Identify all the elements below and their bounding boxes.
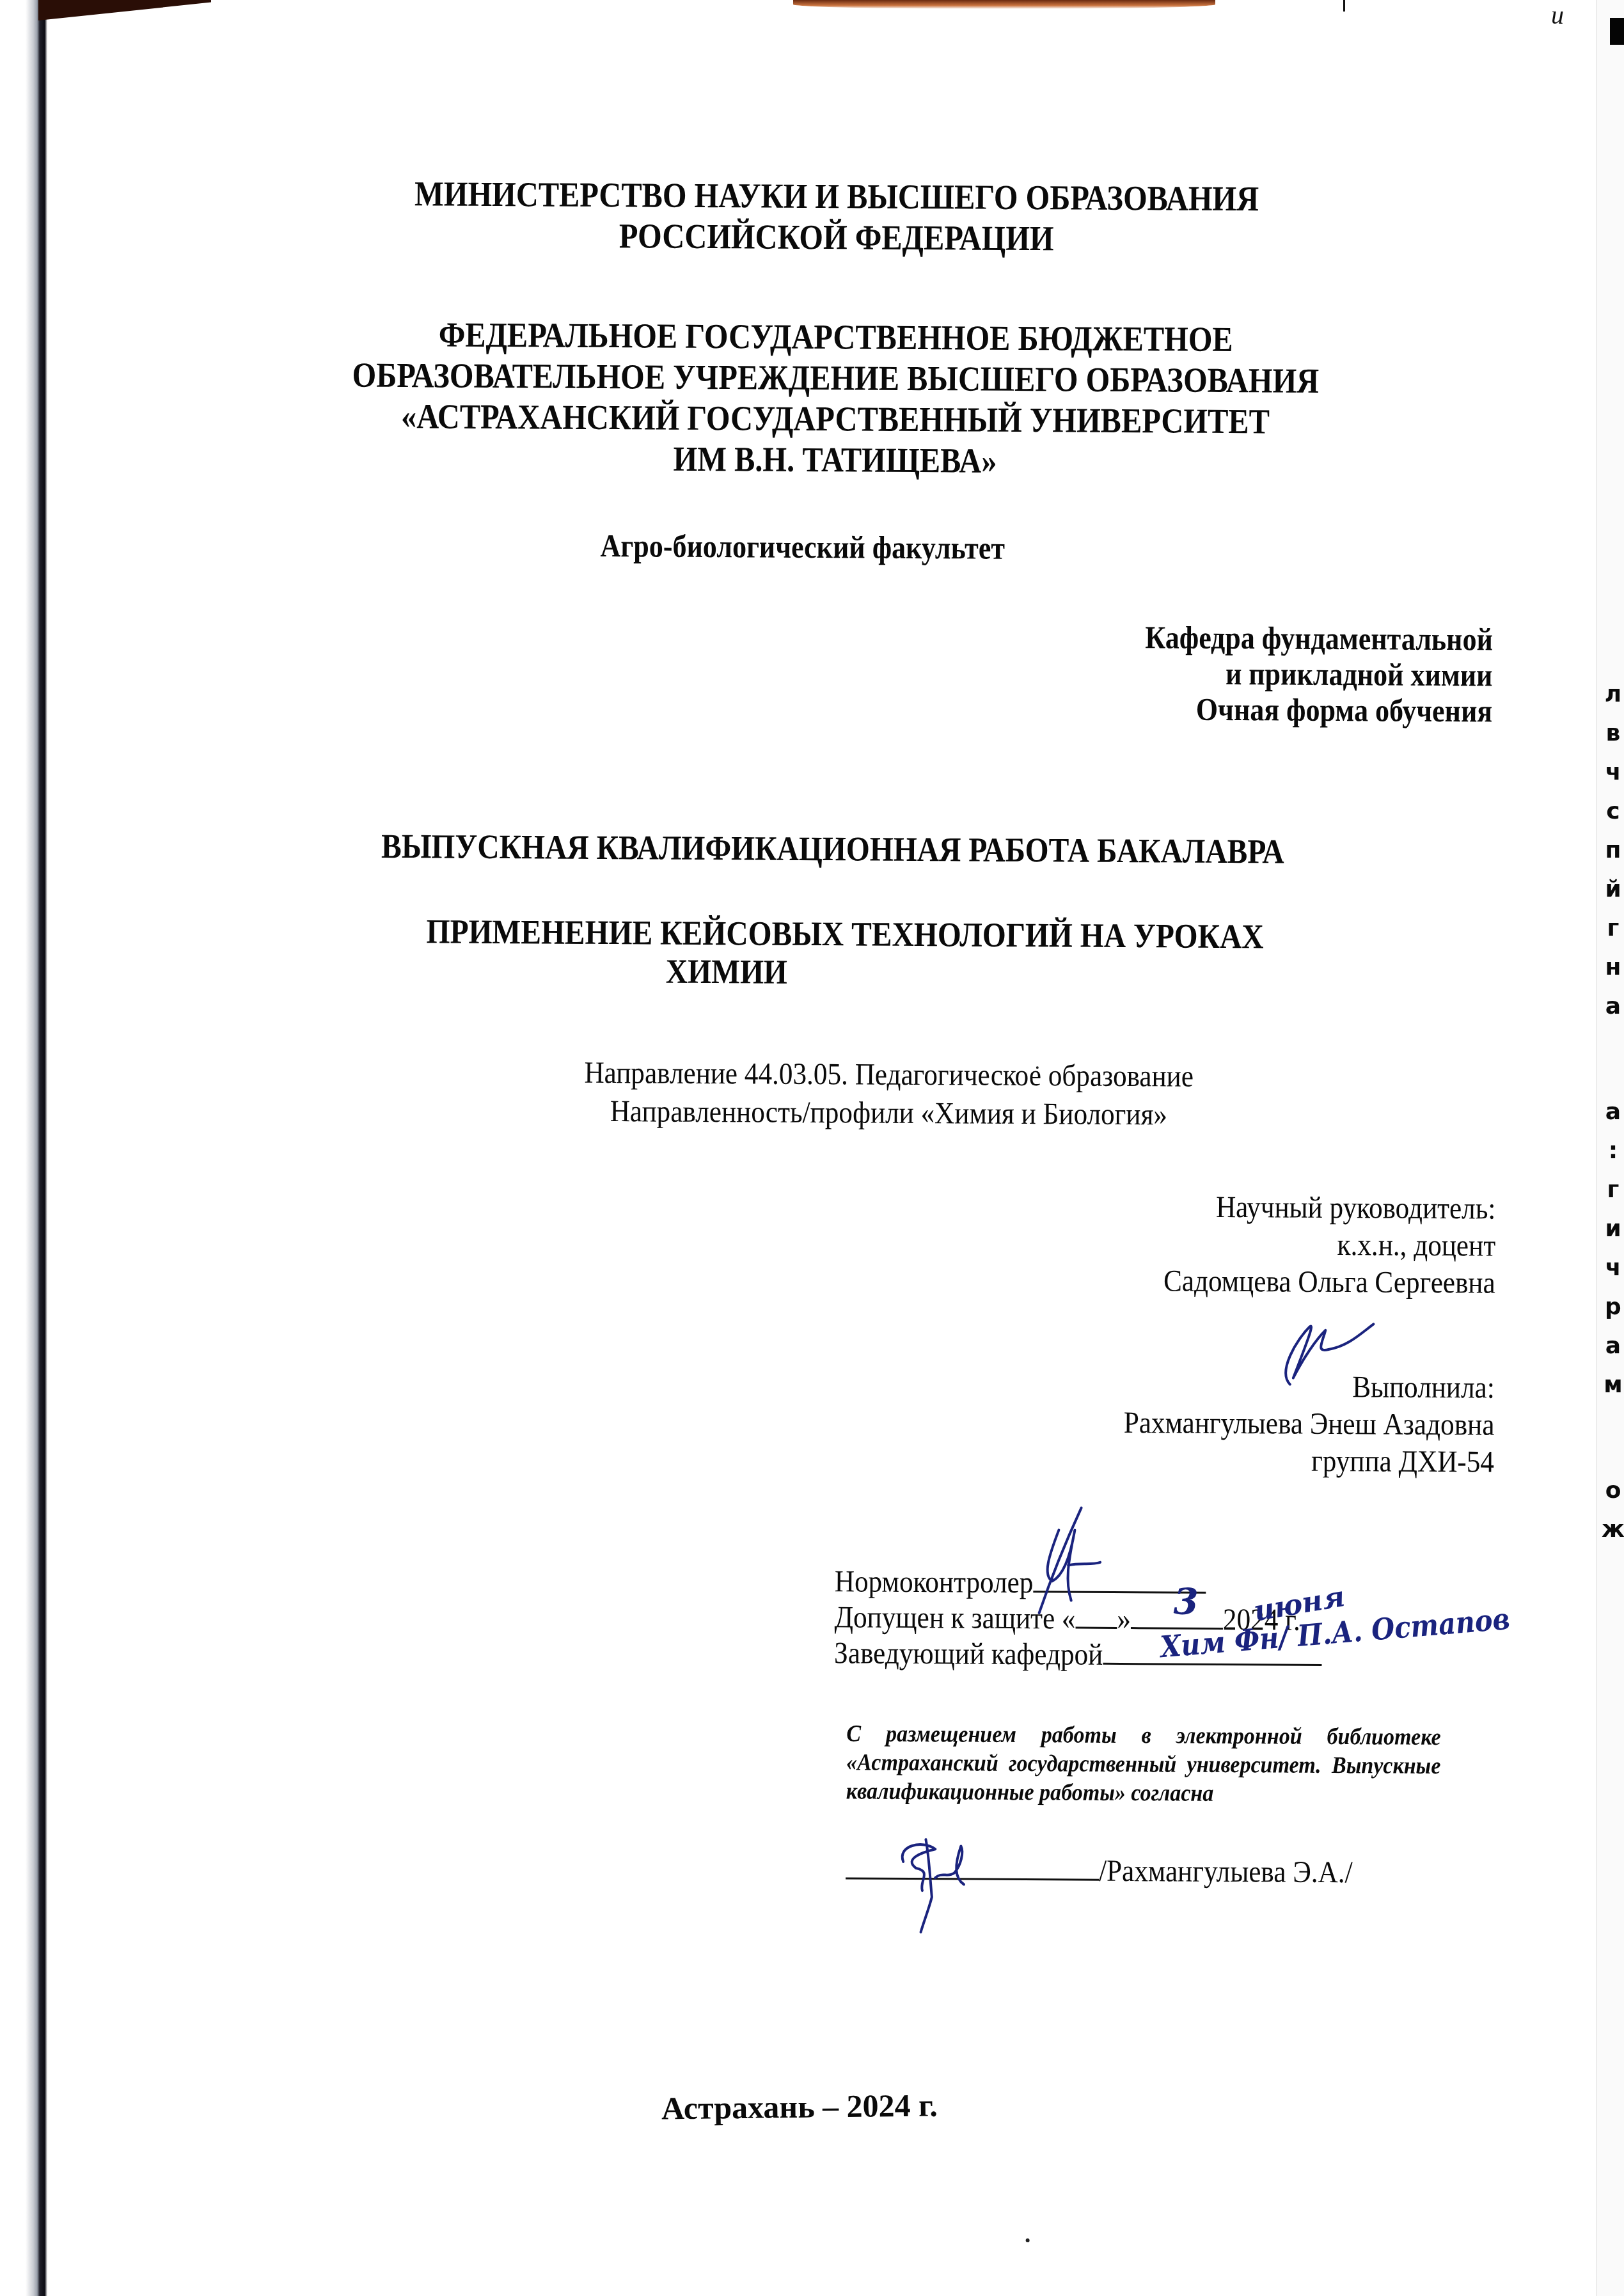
work-type: ВЫПУСКНАЯ КВАЛИФИКАЦИОННАЯ РАБОТА БАКАЛА… xyxy=(309,825,1356,872)
thesis-title-line: ПРИМЕНЕНИЕ КЕЙСОВЫХ ТЕХНОЛОГИЙ НА УРОКАХ xyxy=(333,911,1357,956)
ministry-header: МИНИСТЕРСТВО НАУКИ И ВЫСШЕГО ОБРАЗОВАНИЯ… xyxy=(302,173,1372,261)
speck xyxy=(1036,1066,1039,1069)
head-label: Заведующий кафедрой xyxy=(834,1636,1103,1672)
institution-header: ФЕДЕРАЛЬНОЕ ГОСУДАРСТВЕННОЕ БЮДЖЕТНОЕ ОБ… xyxy=(283,313,1387,484)
department-line: Кафедра фундаментальной xyxy=(964,618,1494,657)
supervisor-block: Научный руководитель: к.х.н., доцент Сад… xyxy=(949,1187,1496,1301)
institution-line: ИМ В.Н. ТАТИЩЕВА» xyxy=(283,436,1387,484)
department-block: Кафедра фундаментальной и прикладной хим… xyxy=(963,618,1493,728)
performer-name: Рахмангулыева Энеш Азадовна xyxy=(947,1403,1494,1443)
consent-signer: /Рахмангулыева Э.А./ xyxy=(1099,1854,1353,1889)
city-year: Астрахань – 2024 г. xyxy=(633,2086,966,2127)
institution-line: ОБРАЗОВАТЕЛЬНОЕ УЧРЕЖДЕНИЕ ВЫСШЕГО ОБРАЗ… xyxy=(284,354,1387,402)
admitted-label: Допущен к защите « xyxy=(834,1600,1075,1635)
admitted-day-handwritten: 3 xyxy=(1174,1581,1199,1623)
normcontroller-label: Нормоконтролер xyxy=(835,1564,1034,1600)
title-page: МИНИСТЕРСТВО НАУКИ И ВЫСШЕГО ОБРАЗОВАНИЯ… xyxy=(0,0,1624,2296)
ministry-line: МИНИСТЕРСТВО НАУКИ И ВЫСШЕГО ОБРАЗОВАНИЯ xyxy=(302,173,1371,220)
performer-label: Выполнила: xyxy=(948,1366,1495,1406)
direction-block: Направление 44.03.05. Педагогическое обр… xyxy=(439,1053,1338,1135)
supervisor-label: Научный руководитель: xyxy=(949,1187,1495,1227)
supervisor-degree: к.х.н., доцент xyxy=(949,1224,1495,1264)
direction-line: Направление 44.03.05. Педагогическое обр… xyxy=(440,1053,1338,1097)
consent-signature-line xyxy=(846,1853,1099,1880)
admitted-day-line xyxy=(1075,1603,1117,1629)
speck xyxy=(1026,2238,1030,2242)
study-form: Очная форма обучения xyxy=(963,689,1493,728)
supervisor-name: Садомцева Ольга Сергеевна xyxy=(949,1261,1495,1301)
performer-block: Выполнила: Рахмангулыева Энеш Азадовна г… xyxy=(947,1366,1495,1481)
ministry-line: РОССИЙСКОЙ ФЕДЕРАЦИИ xyxy=(302,214,1371,261)
consent-signature-row: /Рахмангулыева Э.А./ xyxy=(846,1852,1427,1891)
profile-line: Направленность/профили «Химия и Биология… xyxy=(439,1091,1337,1135)
department-line: и прикладной химии xyxy=(963,654,1493,693)
institution-line: «АСТРАХАНСКИЙ ГОСУДАРСТВЕННЫЙ УНИВЕРСИТЕ… xyxy=(283,395,1387,443)
performer-group: группа ДХИ-54 xyxy=(947,1440,1494,1481)
library-consent: С размещением работы в электронной библи… xyxy=(846,1719,1441,1809)
institution-line: ФЕДЕРАЛЬНОЕ ГОСУДАРСТВЕННОЕ БЮДЖЕТНОЕ xyxy=(284,313,1387,361)
admitted-mid: » xyxy=(1117,1602,1131,1636)
thesis-title: ПРИМЕНЕНИЕ КЕЙСОВЫХ ТЕХНОЛОГИЙ НА УРОКАХ… xyxy=(333,911,1357,995)
thesis-title-line: ХИМИИ xyxy=(333,950,1357,995)
faculty: Агро-биологический факультет xyxy=(409,525,1197,569)
